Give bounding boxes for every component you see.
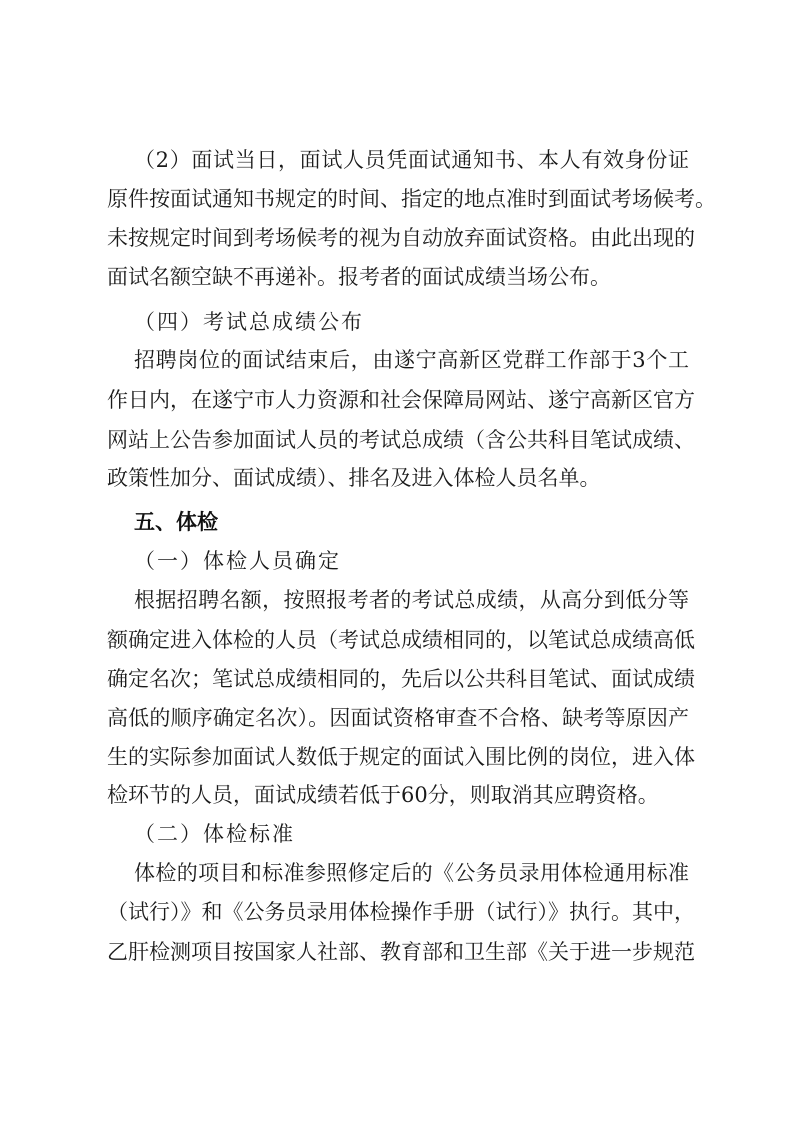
paragraph-interview-day-line-3: 未按规定时间到考场候考的视为自动放弃面试资格。由此出现的 — [107, 223, 689, 253]
paragraph-interview-day-line-4: 面试名额空缺不再递补。报考者的面试成绩当场公布。 — [107, 262, 689, 292]
paragraph-candidate-selection-line-3: 确定名次；笔试总成绩相同的，先后以公共科目笔试、面试成绩 — [107, 664, 689, 694]
paragraph-exam-standards-line-1: 体检的项目和标准参照修定后的《公务员录用体检通用标准 — [134, 858, 689, 888]
paragraph-candidate-selection-line-1: 根据招聘名额，按照报考者的考试总成绩，从高分到低分等 — [134, 585, 689, 615]
subheading-exam-candidates: （一）体检人员确定 — [134, 546, 341, 576]
paragraph-candidate-selection-line-5: 生的实际参加面试人数低于规定的面试入围比例的岗位，进入体 — [107, 742, 689, 772]
section-heading-physical-exam: 五、体检 — [134, 507, 218, 537]
paragraph-interview-day-line-1: （2）面试当日，面试人员凭面试通知书、本人有效身份证 — [134, 145, 689, 175]
subheading-total-score-announcement: （四）考试总成绩公布 — [134, 307, 364, 337]
paragraph-candidate-selection-line-4: 高低的顺序确定名次）。因面试资格审查不合格、缺考等原因产 — [107, 703, 689, 733]
document-page: （2）面试当日，面试人员凭面试通知书、本人有效身份证 原件按面试通知书规定的时间… — [0, 0, 793, 1122]
paragraph-exam-standards-line-3: 乙肝检测项目按国家人社部、教育部和卫生部《关于进一步规范 — [107, 937, 689, 967]
paragraph-candidate-selection-line-2: 额确定进入体检的人员（考试总成绩相同的，以笔试总成绩高低 — [107, 625, 689, 655]
paragraph-interview-day-line-2: 原件按面试通知书规定的时间、指定的地点准时到面试考场候考。 — [107, 184, 689, 214]
paragraph-score-publication-line-2: 作日内，在遂宁市人力资源和社会保障局网站、遂宁高新区官方 — [107, 385, 689, 415]
paragraph-candidate-selection-line-6: 检环节的人员，面试成绩若低于60分，则取消其应聘资格。 — [107, 780, 689, 810]
paragraph-score-publication-line-3: 网站上公告参加面试人员的考试总成绩（含公共科目笔试成绩、 — [107, 425, 689, 455]
subheading-exam-standards: （二）体检标准 — [134, 819, 295, 849]
paragraph-score-publication-line-1: 招聘岗位的面试结束后，由遂宁高新区党群工作部于3个工 — [134, 345, 689, 375]
paragraph-exam-standards-line-2: （试行）》和《公务员录用体检操作手册（试行）》执行。其中， — [107, 897, 689, 927]
paragraph-score-publication-line-4: 政策性加分、面试成绩）、排名及进入体检人员名单。 — [107, 463, 689, 493]
